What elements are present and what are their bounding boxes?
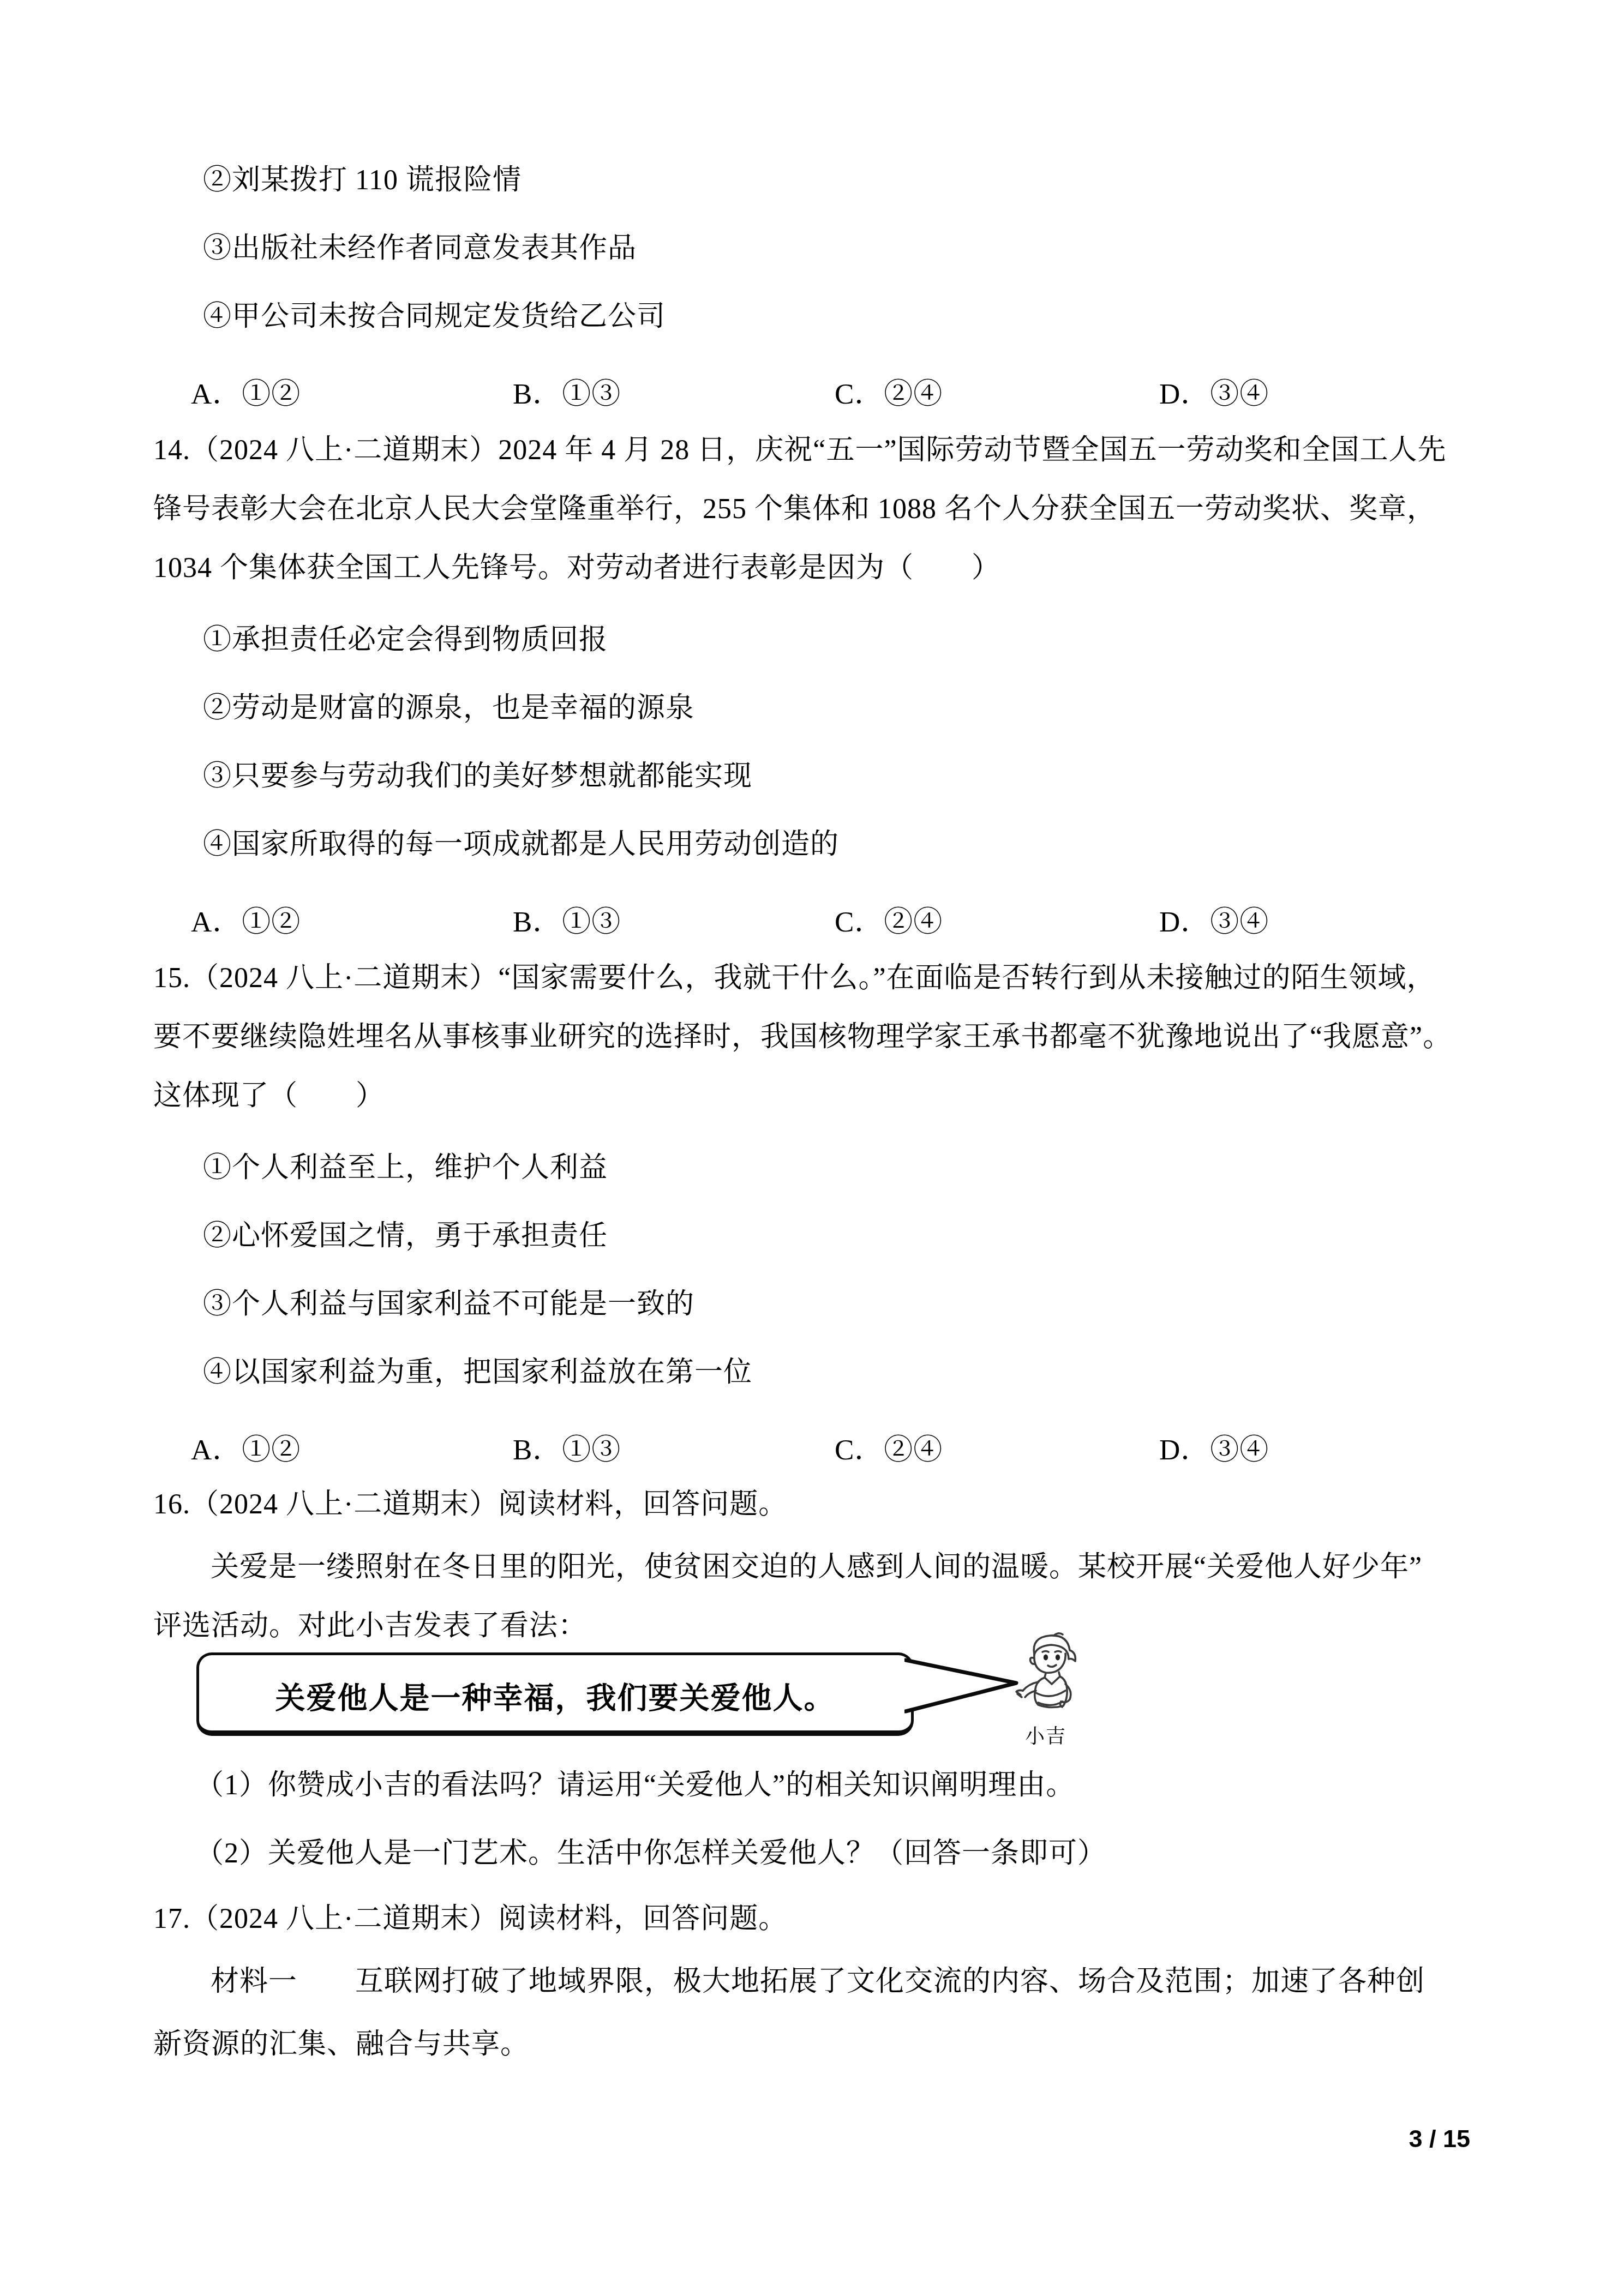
q13-answer-d: D．③④ <box>1159 371 1269 412</box>
q16-para-line-1: 关爱是一缕照射在冬日里的阳光，使贫困交迫的人感到人间的温暖。某校开展“关爱他人好… <box>211 1550 1422 1584</box>
speech-bubble-text: 关爱他人是一种幸福，我们要关爱他人。 <box>275 1674 835 1717</box>
q16-header: 16.（2024 八上·二道期末）阅读材料，回答问题。 <box>153 1488 787 1522</box>
q16-para-line-2: 评选活动。对此小吉发表了看法： <box>153 1609 587 1643</box>
q14-answer-b: B．①③ <box>513 899 621 940</box>
q15-stem-line-1: 15.（2024 八上·二道期末）“国家需要什么，我就干什么。”在面临是否转行到… <box>153 961 1435 995</box>
q17-para-line-1: 材料一 互联网打破了地域界限，极大地拓展了文化交流的内容、场合及范围；加速了各种… <box>211 1965 1425 1999</box>
q17-para-line-2: 新资源的汇集、融合与共享。 <box>153 2028 529 2061</box>
q15-answer-row: A．①② B．①③ C．②④ D．③④ <box>0 1427 1624 1463</box>
boy-cartoon-icon <box>1000 1630 1092 1722</box>
q16-subquestion-2: （2）关爱他人是一门艺术。生活中你怎样关爱他人？（回答一条即可） <box>195 1837 1106 1871</box>
q13-option-2: ②刘某拨打 110 谎报险情 <box>203 164 522 197</box>
q15-answer-b: B．①③ <box>513 1427 621 1468</box>
page-number: 3 / 15 <box>1409 2125 1470 2153</box>
q15-stem-line-3: 这体现了（ ） <box>153 1079 385 1113</box>
q13-option-4: ④甲公司未按合同规定发货给乙公司 <box>203 300 666 334</box>
q14-option-1: ①承担责任必定会得到物质回报 <box>203 623 608 657</box>
q15-option-3: ③个人利益与国家利益不可能是一致的 <box>203 1288 694 1321</box>
q14-answer-a: A．①② <box>191 899 301 940</box>
q14-stem-line-3: 1034 个集体获全国工人先锋号。对劳动者进行表彰是因为（ ） <box>153 551 1000 585</box>
q15-option-4: ④以国家利益为重，把国家利益放在第一位 <box>203 1356 752 1390</box>
q14-answer-row: A．①② B．①③ C．②④ D．③④ <box>0 899 1624 935</box>
q13-answer-c: C．②④ <box>835 371 943 412</box>
q15-answer-a: A．①② <box>191 1427 301 1468</box>
q14-option-2: ②劳动是财富的源泉，也是幸福的源泉 <box>203 692 694 725</box>
q15-answer-d: D．③④ <box>1159 1427 1269 1468</box>
q15-option-1: ①个人利益至上，维护个人利益 <box>203 1151 608 1185</box>
q15-stem-line-2: 要不要继续隐姓埋名从事核事业研究的选择时，我国核物理学家王承书都毫不犹豫地说出了… <box>153 1020 1452 1054</box>
q15-option-2: ②心怀爱国之情，勇于承担责任 <box>203 1219 608 1253</box>
q14-stem-line-2: 锋号表彰大会在北京人民大会堂隆重举行，255 个集体和 1088 名个人分获全国… <box>153 492 1436 526</box>
q15-answer-c: C．②④ <box>835 1427 943 1468</box>
q14-answer-d: D．③④ <box>1159 899 1269 940</box>
q13-answer-b: B．①③ <box>513 371 621 412</box>
exam-page: ②刘某拨打 110 谎报险情 ③出版社未经作者同意发表其作品 ④甲公司未按合同规… <box>0 0 1624 2296</box>
q14-answer-c: C．②④ <box>835 899 943 940</box>
q14-option-4: ④国家所取得的每一项成就都是人民用劳动创造的 <box>203 828 839 862</box>
q17-header: 17.（2024 八上·二道期末）阅读材料，回答问题。 <box>153 1902 787 1936</box>
speech-bubble: 关爱他人是一种幸福，我们要关爱他人。 <box>196 1652 914 1736</box>
q16-subquestion-1: （1）你赞成小吉的看法吗？请运用“关爱他人”的相关知识阐明理由。 <box>195 1769 1075 1802</box>
q13-option-3: ③出版社未经作者同意发表其作品 <box>203 232 637 266</box>
q14-option-3: ③只要参与劳动我们的美好梦想就都能实现 <box>203 760 752 794</box>
character-name-label: 小吉 <box>1000 1721 1092 1749</box>
q14-stem-line-1: 14.（2024 八上·二道期末）2024 年 4 月 28 日，庆祝“五一”国… <box>153 434 1446 467</box>
q13-answer-a: A．①② <box>191 371 301 412</box>
q13-answer-row: A．①② B．①③ C．②④ D．③④ <box>0 371 1624 407</box>
